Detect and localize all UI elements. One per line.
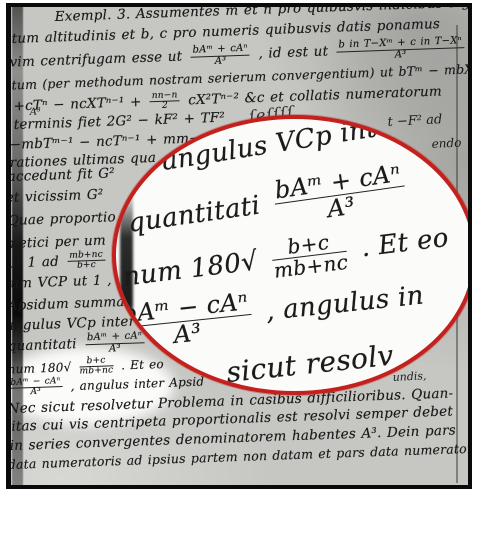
text-fragment: . Et eo [121,357,164,372]
text-fragment: vim centrifugam esse ut [9,48,182,70]
magnifier-ellipse: angulus VCp inter t quantitati bAᵐ + cAⁿ… [112,115,472,395]
manuscript-line: lum VCP ut 1 , [6,273,112,292]
fraction: bAᵐ − cAⁿA³ [8,377,63,399]
fraction: b+cmb+nc [79,356,113,377]
text-fragment: ut 1 ad [7,254,59,272]
scanned-manuscript-figure: Exempl. 3. Assumentes m et n pro quibusv… [0,0,479,550]
text-fragment: endo [431,135,461,151]
fraction: bAᵐ − cAⁿA³ [119,289,255,354]
manuscript-line: Quae proportio [7,210,116,229]
fraction: mb+ncb+c [67,251,105,272]
manuscript-line: ut 1 ad mb+ncb+c [7,251,108,274]
fraction: nn−n2 [150,91,180,112]
text-fragment: , angulus in [264,280,425,326]
radical-expression: num 180√ [121,246,259,292]
fraction: bAᵐ + cAⁿA³ [271,161,408,230]
text-fragment: . Et eo [359,223,450,264]
manuscript-line: accedunt fit G² [7,166,115,185]
text-fragment: +cTⁿ − ncXTⁿ⁻¹ + [13,94,141,114]
fraction-denominator: A³ [191,55,251,68]
fraction-denominator: A³ [9,387,63,398]
manuscript-line: et vicissim G² [6,188,104,206]
fraction: bAᵐ + cAⁿA³ [190,44,250,68]
fraction: b+cmb+nc [270,230,349,282]
text-fragment: quantitati [7,336,77,354]
fraction: b in T−Xᵐ + c in T−XⁿA³ [336,36,464,62]
text-fragment: , angulus inter Apsid [70,375,204,394]
fraction-denominator: b+c [68,261,106,272]
magnified-line: sicut resolv [225,342,395,387]
text-fragment: , id est ut [258,43,328,61]
text-fragment: quantitati [126,191,262,239]
manuscript-page: Exempl. 3. Assumentes m et n pro quibusv… [6,3,472,489]
radical-expression: num 180√ [7,360,71,376]
text-fragment: undis, [392,369,427,384]
